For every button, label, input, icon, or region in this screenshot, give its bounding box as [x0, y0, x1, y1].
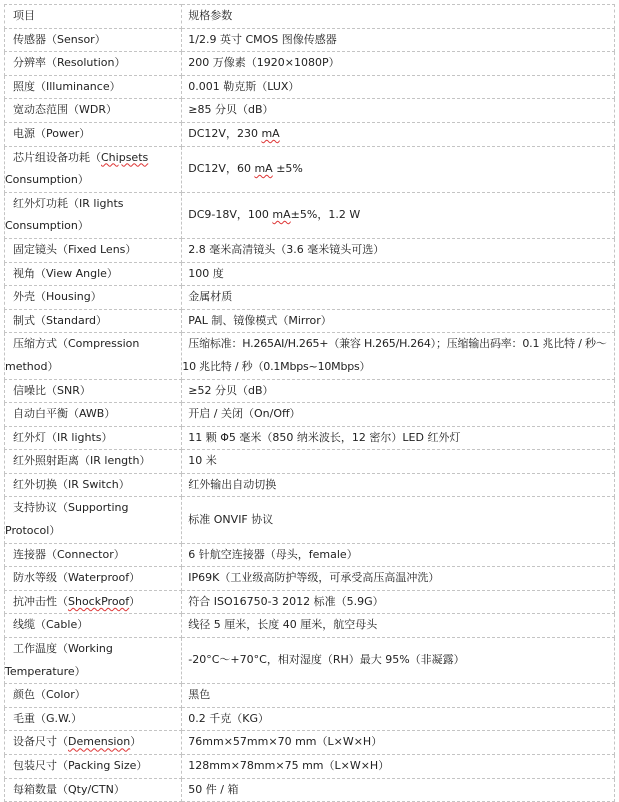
row-spec: -20°C～+70°C，相对湿度（RH）最大 95%（非凝露） — [182, 638, 615, 684]
row-item: 支持协议（Supporting Protocol） — [5, 497, 182, 543]
row-item: 信噪比（SNR） — [5, 379, 182, 403]
spec-text: DC12V，60 — [188, 162, 254, 175]
row-spec: 6 针航空连接器（母头，female） — [182, 543, 615, 567]
row-spec: DC12V，60 mA ±5% — [182, 146, 615, 192]
row-spec: PAL 制、镜像模式（Mirror） — [182, 309, 615, 333]
row-spec: 100 度 — [182, 262, 615, 286]
item-text: 设备尺寸（ — [13, 735, 68, 748]
row-spec: ≥85 分贝（dB） — [182, 99, 615, 123]
table-row-packing-size: 包装尺寸（Packing Size） 128mm×78mm×75 mm（L×W×… — [5, 755, 615, 779]
table-row-dimension: 设备尺寸（Demension） 76mm×57mm×70 mm（L×W×H） — [5, 731, 615, 755]
item-text: 抗冲击性（ — [13, 595, 68, 608]
table-row-ir-length: 红外照射距离（IR length） 10 米 — [5, 450, 615, 474]
table-row-illuminance: 照度（Illuminance） 0.001 勒克斯（LUX） — [5, 75, 615, 99]
row-item: 分辨率（Resolution） — [5, 52, 182, 76]
row-item: 连接器（Connector） — [5, 543, 182, 567]
row-item: 照度（Illuminance） — [5, 75, 182, 99]
row-item: 毛重（G.W.） — [5, 707, 182, 731]
row-item: 红外切换（IR Switch） — [5, 473, 182, 497]
row-spec: DC12V，230 mA — [182, 122, 615, 146]
item-text: ） — [130, 735, 141, 748]
table-row-housing: 外壳（Housing） 金属材质 — [5, 286, 615, 310]
table-row-cable: 线缆（Cable） 线径 5 厘米，长度 40 厘米，航空母头 — [5, 614, 615, 638]
row-spec: DC9-18V，100 mA±5%，1.2 W — [182, 192, 615, 238]
table-row-working-temperature: 工作温度（Working Temperature） -20°C～+70°C，相对… — [5, 638, 615, 684]
row-item: 芯片组设备功耗（Chipsets Consumption） — [5, 146, 182, 192]
table-row-compression: 压缩方式（Compression method） 压缩标准：H.265AI/H.… — [5, 333, 615, 379]
row-item: 传感器（Sensor） — [5, 28, 182, 52]
row-item: 红外照射距离（IR length） — [5, 450, 182, 474]
spellcheck-mark: ShockProof — [68, 595, 129, 608]
spec-text: DC12V，230 — [188, 127, 261, 140]
table-row-chipsets-consumption: 芯片组设备功耗（Chipsets Consumption） DC12V，60 m… — [5, 146, 615, 192]
spellcheck-mark: Chipsets — [101, 151, 148, 164]
table-row-ir-switch: 红外切换（IR Switch） 红外输出自动切换 — [5, 473, 615, 497]
row-spec: 50 件 / 箱 — [182, 778, 615, 788]
row-item: 视角（View Angle） — [5, 262, 182, 286]
spec-text: ±5%，1.2 W — [291, 208, 361, 221]
table-row-connector: 连接器（Connector） 6 针航空连接器（母头，female） — [5, 543, 615, 567]
row-spec: IP69K（工业级高防护等级，可承受高压高温冲洗） — [182, 567, 615, 591]
row-item: 颜色（Color） — [5, 684, 182, 708]
row-spec: 金属材质 — [182, 286, 615, 310]
item-text: ） — [129, 595, 140, 608]
row-item: 包装尺寸（Packing Size） — [5, 755, 182, 779]
row-item: 制式（Standard） — [5, 309, 182, 333]
row-item: 自动白平衡（AWB） — [5, 403, 182, 427]
row-spec: 200 万像素（1920×1080P） — [182, 52, 615, 76]
table-row-waterproof: 防水等级（Waterproof） IP69K（工业级高防护等级，可承受高压高温冲… — [5, 567, 615, 591]
table-header-row: 项目 规格参数 — [5, 5, 615, 29]
table-row-ir-consumption: 红外灯功耗（IR lights Consumption） DC9-18V，100… — [5, 192, 615, 238]
table-row-fixed-lens: 固定镜头（Fixed Lens） 2.8 毫米高清镜头（3.6 毫米镜头可选） — [5, 238, 615, 262]
row-item: 每箱数量（Qty/CTN） — [5, 778, 182, 788]
item-text: 芯片组设备功耗（ — [13, 151, 101, 164]
row-spec: 符合 ISO16750-3 2012 标准（5.9G） — [182, 590, 615, 614]
table-row-color: 颜色（Color） 黑色 — [5, 684, 615, 708]
table-row-wdr: 宽动态范围（WDR） ≥85 分贝（dB） — [5, 99, 615, 123]
row-spec: 10 米 — [182, 450, 615, 474]
table-row-sensor: 传感器（Sensor） 1/2.9 英寸 CMOS 图像传感器 — [5, 28, 615, 52]
row-spec: 11 颗 Φ5 毫米（850 纳米波长，12 密尔）LED 红外灯 — [182, 426, 615, 450]
spellcheck-mark: mA — [254, 162, 272, 175]
row-item: 压缩方式（Compression method） — [5, 333, 182, 379]
table-row-view-angle: 视角（View Angle） 100 度 — [5, 262, 615, 286]
header-spec: 规格参数 — [182, 5, 615, 29]
row-spec: 线径 5 厘米，长度 40 厘米，航空母头 — [182, 614, 615, 638]
row-spec: 0.001 勒克斯（LUX） — [182, 75, 615, 99]
table-row-awb: 自动白平衡（AWB） 开启 / 关闭（On/Off） — [5, 403, 615, 427]
table-row-ir-lights: 红外灯（IR lights） 11 颗 Φ5 毫米（850 纳米波长，12 密尔… — [5, 426, 615, 450]
spec-table: 项目 规格参数 传感器（Sensor） 1/2.9 英寸 CMOS 图像传感器 … — [4, 4, 615, 788]
table-row-protocol: 支持协议（Supporting Protocol） 标准 ONVIF 协议 — [5, 497, 615, 543]
row-item: 工作温度（Working Temperature） — [5, 638, 182, 684]
item-text: Consumption） — [5, 173, 89, 186]
row-spec: 标准 ONVIF 协议 — [182, 497, 615, 543]
row-spec: 黑色 — [182, 684, 615, 708]
row-item: 线缆（Cable） — [5, 614, 182, 638]
table-row-qty-ctn: 每箱数量（Qty/CTN） 50 件 / 箱 — [5, 778, 615, 788]
spellcheck-mark: mA — [261, 127, 279, 140]
row-item: 固定镜头（Fixed Lens） — [5, 238, 182, 262]
table-row-standard: 制式（Standard） PAL 制、镜像模式（Mirror） — [5, 309, 615, 333]
row-item: 红外灯功耗（IR lights Consumption） — [5, 192, 182, 238]
row-item: 外壳（Housing） — [5, 286, 182, 310]
row-item: 设备尺寸（Demension） — [5, 731, 182, 755]
spellcheck-mark: Demension — [68, 735, 130, 748]
row-spec: 红外输出自动切换 — [182, 473, 615, 497]
table-row-resolution: 分辨率（Resolution） 200 万像素（1920×1080P） — [5, 52, 615, 76]
row-item: 防水等级（Waterproof） — [5, 567, 182, 591]
row-spec: 开启 / 关闭（On/Off） — [182, 403, 615, 427]
spellcheck-mark: mA — [272, 208, 290, 221]
row-item: 宽动态范围（WDR） — [5, 99, 182, 123]
row-item: 电源（Power） — [5, 122, 182, 146]
table-row-gross-weight: 毛重（G.W.） 0.2 千克（KG） — [5, 707, 615, 731]
row-item: 抗冲击性（ShockProof） — [5, 590, 182, 614]
spec-text: ±5% — [273, 162, 303, 175]
row-spec: 1/2.9 英寸 CMOS 图像传感器 — [182, 28, 615, 52]
row-spec: 压缩标准：H.265AI/H.265+（兼容 H.265/H.264）；压缩输出… — [182, 333, 615, 379]
row-spec: 2.8 毫米高清镜头（3.6 毫米镜头可选） — [182, 238, 615, 262]
row-spec: 0.2 千克（KG） — [182, 707, 615, 731]
table-row-snr: 信噪比（SNR） ≥52 分贝（dB） — [5, 379, 615, 403]
table-row-shockproof: 抗冲击性（ShockProof） 符合 ISO16750-3 2012 标准（5… — [5, 590, 615, 614]
spec-text: DC9-18V，100 — [188, 208, 272, 221]
row-spec: 76mm×57mm×70 mm（L×W×H） — [182, 731, 615, 755]
header-item: 项目 — [5, 5, 182, 29]
row-spec: ≥52 分贝（dB） — [182, 379, 615, 403]
row-item: 红外灯（IR lights） — [5, 426, 182, 450]
table-row-power: 电源（Power） DC12V，230 mA — [5, 122, 615, 146]
row-spec: 128mm×78mm×75 mm（L×W×H） — [182, 755, 615, 779]
